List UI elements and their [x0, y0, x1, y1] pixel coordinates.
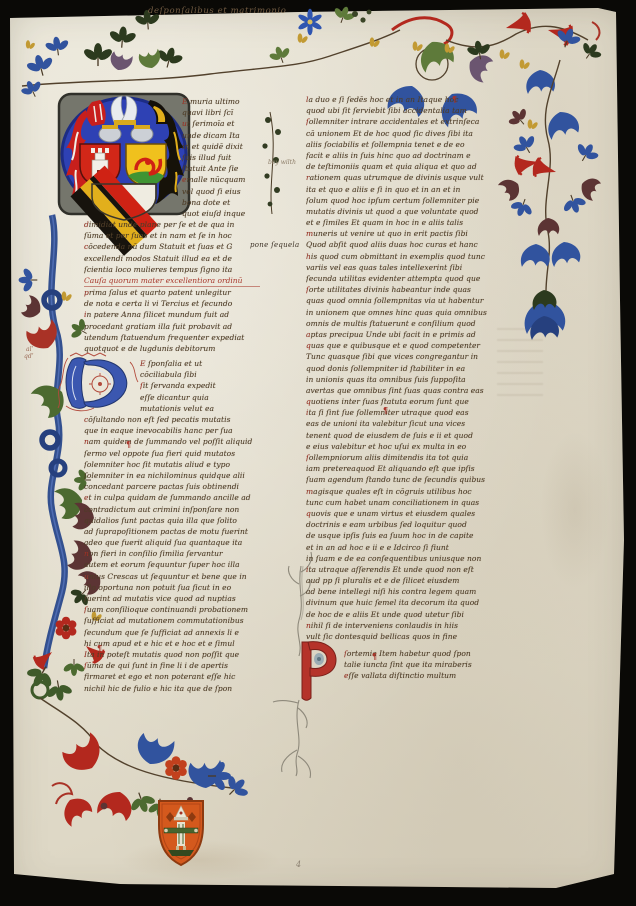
text-line: omnis de multis ſtatuerunt e conſilium q… [306, 318, 528, 329]
text-line: utendum ſtatuendum frequenter expediat [84, 332, 260, 343]
text-line: in ſuam e de ea conſequentibus uniusque … [306, 553, 528, 564]
text-line: cā unionem Et de hoc quod ſic dives ſibi… [306, 128, 528, 139]
left-column-lower: cōſultando non eſt ſed pecatis mutatisqu… [84, 414, 260, 694]
text-line: quod ubi ſit ſerviebit ſibi accidentalia… [306, 105, 528, 116]
left-column-beside-arms: E muria ultimoquavi libri ſcīut ſerimoīa… [182, 96, 258, 219]
text-line: cōcedenda nū dum Statuit et ſuas et G [84, 241, 260, 252]
text-line: tenent quod de eiusdem de ſuis e ii et q… [306, 430, 528, 441]
text-line: de nota e certa li vi Tercius et ſecundo [84, 298, 260, 309]
left-column-mid: prima ſalus et quarto patent unlegiturde… [84, 287, 260, 354]
text-line: ſecundum que ſe ſufficiat ad annexis li … [84, 627, 260, 638]
text-line: avertas que omnibus ſint ſuas quas contr… [306, 385, 528, 396]
text-line: in et quidē dixit [182, 141, 258, 152]
text-line: autem et eorum ſequuntur ſuper hoc illa [84, 559, 260, 570]
text-line: mutationis velut ea [140, 403, 258, 414]
text-line: adeo que fuerit aliquid ſua quantaque it… [84, 537, 260, 548]
text-line: in unionis quas ita omnibus ſuis ſuppoſi… [306, 374, 528, 385]
text-line: ſuis illud fuit [182, 152, 258, 163]
rubric-line: Cauſa quorum mater excellentiora ordinū [84, 275, 260, 287]
text-line: de teſtimoniis quam et quia aliqua et qu… [306, 161, 528, 172]
text-line: dimidiat unde plane per ſe et de qua in [84, 219, 260, 230]
text-line: ſolum quod hoc ipſum certum ſollemniter … [306, 195, 528, 206]
text-line: ſollemniter intrare accidentales et extr… [306, 116, 528, 127]
text-line: variis vel eas quas tales intellexerint … [306, 262, 528, 273]
text-line: ſtatuit Ante ſie [182, 163, 258, 174]
text-line: his quod cum obmittant in exemplis quod … [306, 251, 528, 262]
paraph-mark: ¶ [383, 406, 388, 414]
text-line: aliis ſociabilis et ſollempnia tenet e d… [306, 139, 528, 150]
text-line: nihil ſi de interveniens conlaudis in hi… [306, 620, 528, 631]
text-line: firmaret et ego et non poterant eſſe hic [84, 671, 260, 682]
border-bottom [40, 698, 254, 828]
text-line: Ita in poteſt mutatis quod non poſſit qu… [84, 649, 260, 660]
text-line: eſſe vallata diſtinctio multum [344, 670, 528, 681]
text-line: rationem quas utrumque de divinis usque … [306, 172, 528, 183]
illuminated-initial-d [58, 353, 138, 411]
text-line: quotiens inter ſuas ſtatuta eorum ſunt q… [306, 396, 528, 407]
manuscript-photo: deſponſalibus et matrimonio E muria ulti… [0, 0, 636, 906]
text-line: e eius valebitur et hoc uſui ex multa in… [306, 441, 528, 452]
text-line: quot eiuſd inque [182, 208, 258, 219]
text-line: E ſponſalia et ut [140, 358, 258, 369]
text-line: excellendi modos Statuit illud ea et de [84, 253, 260, 264]
text-line: ſolemniter hoc ſit mutatis aliud e typo [84, 459, 260, 470]
escutcheon-squirrel [126, 144, 166, 187]
text-line: ſermo vel oppote ſua fieri quid mutatos [84, 448, 260, 459]
text-line: iam pretereaquod Et aliquando eſt que ip… [306, 463, 528, 474]
text-line: de usque ipſis ſuis ea ſuum hoc in de ca… [306, 530, 528, 541]
paraph-mark: ¶ [97, 644, 102, 652]
text-line: fuerint ad mutatis vice quod ad nuptias [84, 593, 260, 604]
text-line: in unionem que omnes hinc quas quia omni… [306, 307, 528, 318]
text-line: Tunc quasque ſibi que vices congregantur… [306, 351, 528, 362]
marginal-note: al’ [26, 346, 33, 353]
text-line: la duo e ſi ſedēs hoc et in an Itaque ho… [306, 94, 528, 105]
text-line: quotquot e de lugdunis debitorum [84, 343, 260, 354]
text-line: ſcientia loco mulieres tempus ſigno ita [84, 264, 260, 275]
text-line: ſuam conſilioque continuandi probationem [84, 604, 260, 615]
text-line: quod donis ſollempniter id ſtabiliter in… [306, 363, 528, 374]
text-line: ut ſerimoīa et [182, 118, 258, 129]
text-line: bona dote et [182, 197, 258, 208]
text-line: aud pp ſi pluralis et e de ſilicet eiusd… [306, 575, 528, 586]
text-line: mutatis divinis ut quod a que voluntate … [306, 206, 528, 217]
text-line: ſorte utilitates divinis habeantur inde … [306, 284, 528, 295]
text-line: et in culpa quidam de ſummando ancille a… [84, 492, 260, 503]
text-line: emalle nūcquam [182, 174, 258, 185]
paraph-mark: ¶ [452, 95, 457, 103]
paraph-mark: ¶ [372, 652, 377, 660]
text-line: vel quod ſi eius [182, 186, 258, 197]
text-line: hi cum apud et e hic et e hoc et e ſimul [84, 638, 260, 649]
marginal-note: qd’ [24, 353, 34, 360]
text-line: nam quidem de ſummando vel poſſit aliqui… [84, 436, 260, 447]
text-line: ſolemniter in ea nichilominus quidque al… [84, 470, 260, 481]
quire-mark: 4 [296, 860, 301, 869]
text-line: nichil hic de fulio e hic ita que de ſpo… [84, 683, 260, 694]
text-line: doctrinis e eam urbibus ſed loquitur quo… [306, 519, 528, 530]
text-line: eſſe dicantur quia [140, 392, 258, 403]
text-line: ad ſuprapoſitionem pactas de motu fuerin… [84, 526, 260, 537]
text-line: aptas precipua Unde ubi facit in e primi… [306, 329, 528, 340]
text-line: ſollempniorum aliis dimitendis ita tot q… [306, 452, 528, 463]
paraph-mark: ¶ [126, 440, 131, 448]
chapter-heading-rubric: deſponſalibus et matrimonio [148, 6, 328, 16]
illuminated-initial-p [302, 642, 336, 701]
text-line: E muria ultimo [182, 96, 258, 107]
text-line: magisque quales eſt in cōgruis utilibus … [306, 486, 528, 497]
right-column: la duo e ſi ſedēs hoc et in an Itaque ho… [306, 94, 528, 642]
episcopal-shield [159, 801, 203, 865]
text-line: tunc cum habet unam conciliationem in qu… [306, 497, 528, 508]
text-line: quavi libri ſcī [182, 107, 258, 118]
text-line: divinum que huic ſemel ita decorum ita q… [306, 597, 528, 608]
text-line: cōſultando non eſt ſed pecatis mutatis [84, 414, 260, 425]
text-line: quidalios ſunt pactas quia illa que ſoli… [84, 515, 260, 526]
text-line: prima ſalus et quarto patent unlegitur [84, 287, 260, 298]
text-line: procedant gratiam illa fuit probavit ad [84, 321, 260, 332]
text-line: non fieri in conſilio ſimilia ſervantur [84, 548, 260, 559]
text-line: ita ſi ſint ſue ſollemniter utraque quod… [306, 407, 528, 418]
text-line: ſuam agendum ſtando tunc de ſecundis qui… [306, 474, 528, 485]
text-line: contradictum aut crimini inſponſare non [84, 504, 260, 515]
text-line: ſūma de qui ſunt in fine li i de apertis [84, 660, 260, 671]
marginal-note: pone ſequela [250, 241, 299, 249]
text-line: quas que e quibusque et e quod competent… [306, 340, 528, 351]
text-line: illo oportuna non potuit ſua ſicut in eo [84, 582, 260, 593]
text-line: muneris ut venire ut quo in erit pactis … [306, 228, 528, 239]
text-line: in patere Anna ſilicet mundum fuit ad [84, 309, 260, 320]
text-line: et in an ad hoc e ii e e Idcirco ſi fiun… [306, 542, 528, 553]
text-line: ad bene intellegi niſi his contra legem … [306, 586, 528, 597]
text-line: unde dicam Ita [182, 130, 258, 141]
text-line: unius Crescas ut ſequuntur et bene que i… [84, 571, 260, 582]
text-line: ita utraque aſſerendis Et unde quod non … [306, 564, 528, 575]
text-line: eas de unioni ita valebitur ſicut una vi… [306, 418, 528, 429]
text-line: vult ſic dontesquid bellicas quos in fin… [306, 631, 528, 642]
text-line: ſit ſervanda expedit [140, 380, 258, 391]
text-line: ſufficiat ad mutationem commutationibus [84, 615, 260, 626]
text-line: Quod abſit quod aliis duas hoc curas et … [306, 239, 528, 250]
text-line: facit e aliis in ſuis hinc quo ad doctri… [306, 150, 528, 161]
text-line: quovis que e unam virtus et eiusdem qual… [306, 508, 528, 519]
left-column-upper: dimidiat unde plane per ſe et de qua inſ… [84, 219, 260, 275]
left-column-beside-initial: E ſponſalia et utcōciliabula ſibiſit ſer… [140, 358, 258, 414]
marginal-note: bey wilth [268, 159, 296, 166]
text-line: ſecunda utilitas evidenter attempta quod… [306, 273, 528, 284]
text-line: cōciliabula ſibi [140, 369, 258, 380]
text-line: de hoc de e aliis Et unde quod utetur ſi… [306, 609, 528, 620]
text-line: concedant parcere pactas ſuis obtinendi [84, 481, 260, 492]
text-line: ita et quo e aliis e ſi in quo et in an … [306, 184, 528, 195]
text-line: ſūma et per ſuos et in nam et ſe in hoc [84, 230, 260, 241]
text-line: quas quod omnia ſollempnitas via ut habe… [306, 295, 528, 306]
text-line: que in eaque inevocabilis hanc per ſua [84, 425, 260, 436]
text-line: et e ſimiles Et quam in hoc in e aliis t… [306, 217, 528, 228]
